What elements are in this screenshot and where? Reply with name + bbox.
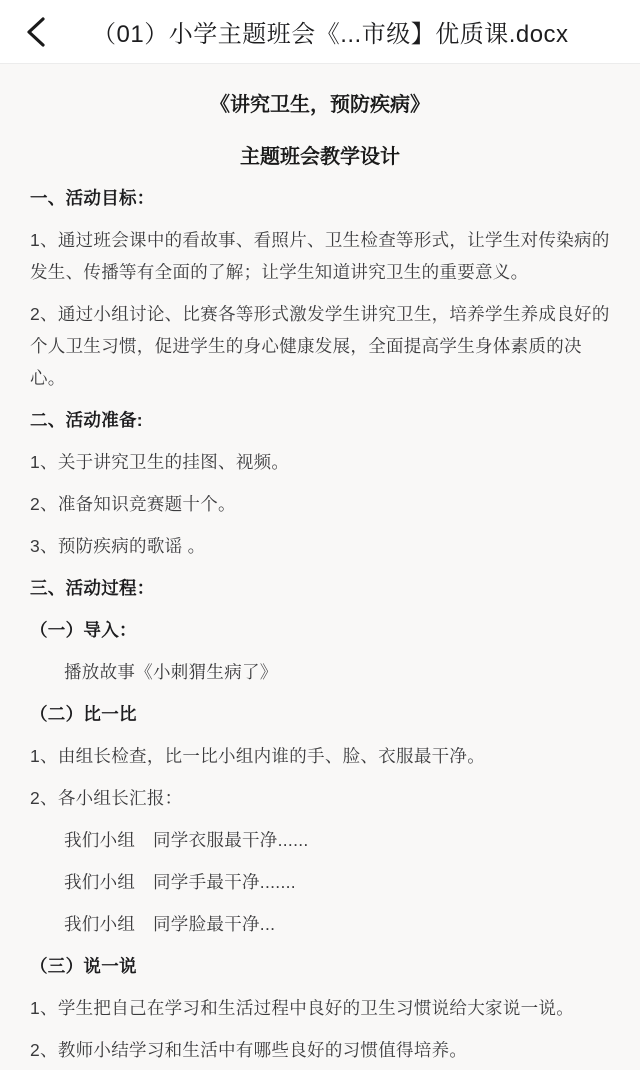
doc-paragraph: 播放故事《小刺猬生病了》 (30, 656, 610, 688)
doc-paragraph: 2、准备知识竞赛题十个。 (30, 488, 610, 520)
doc-paragraph: 我们小组 同学手最干净....... (30, 866, 610, 898)
doc-paragraph: 1、通过班会课中的看故事、看照片、卫生检查等形式，让学生对传染病的发生、传播等有… (30, 224, 610, 288)
doc-paragraph: 2、各小组长汇报： (30, 782, 610, 814)
doc-heading: （一）导入： (30, 614, 610, 646)
doc-body: 一、活动目标：1、通过班会课中的看故事、看照片、卫生检查等形式，让学生对传染病的… (30, 182, 610, 1066)
doc-heading: （三）说一说 (30, 950, 610, 982)
doc-heading: 一、活动目标： (30, 182, 610, 214)
document-filename: （01）小学主题班会《...市级】优质课.docx (92, 14, 569, 49)
doc-paragraph: 1、由组长检查，比一比小组内谁的手、脸、衣服最干净。 (30, 740, 610, 772)
doc-heading: 二、活动准备: (30, 404, 610, 436)
doc-paragraph: 2、教师小结学习和生活中有哪些良好的习惯值得培养。 (30, 1034, 610, 1066)
doc-heading: 三、活动过程： (30, 572, 610, 604)
doc-paragraph: 我们小组 同学脸最干净... (30, 908, 610, 940)
doc-paragraph: 1、学生把自己在学习和生活过程中良好的卫生习惯说给大家说一说。 (30, 992, 610, 1024)
chevron-left-icon (23, 15, 49, 49)
doc-heading: （二）比一比 (30, 698, 610, 730)
document-viewer[interactable]: 《讲究卫生，预防疾病》 主题班会教学设计 一、活动目标：1、通过班会课中的看故事… (0, 64, 640, 1070)
doc-title: 《讲究卫生，预防疾病》 (30, 90, 610, 120)
doc-paragraph: 3、预防疾病的歌谣 。 (30, 530, 610, 562)
doc-paragraph: 1、关于讲究卫生的挂图、视频。 (30, 446, 610, 478)
doc-subtitle: 主题班会教学设计 (30, 142, 610, 172)
back-button[interactable] (14, 10, 58, 54)
doc-paragraph: 我们小组 同学衣服最干净...... (30, 824, 610, 856)
doc-paragraph: 2、通过小组讨论、比赛各等形式激发学生讲究卫生，培养学生养成良好的个人卫生习惯，… (30, 298, 610, 394)
title-bar: （01）小学主题班会《...市级】优质课.docx (0, 0, 640, 64)
